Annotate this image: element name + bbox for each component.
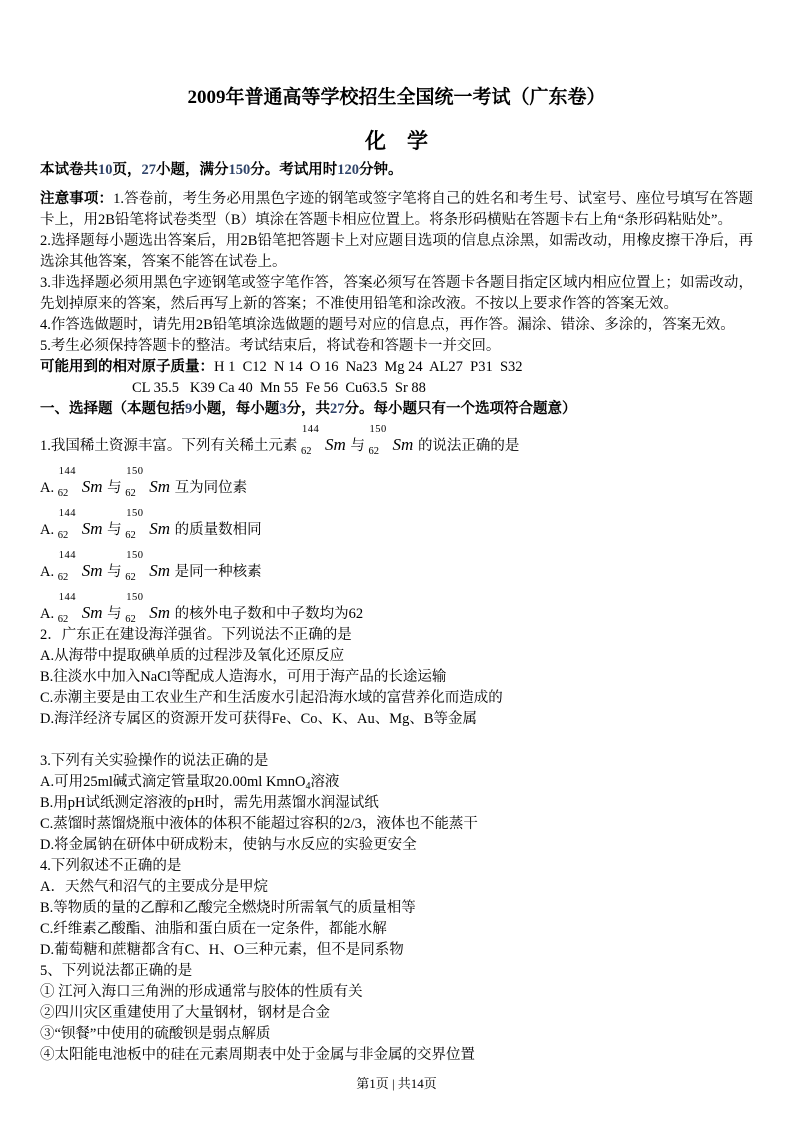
section-1-header: 一、选择题（本题包括9小题，每小题3分，共27分。每小题只有一个选项符合题意） [40, 399, 753, 420]
document-body: 本试卷共10页，27小题，满分150分。考试用时120分钟。注意事项：1.答卷前… [40, 160, 753, 1066]
text: 4.下列叙述不正确的是 [40, 858, 181, 874]
notice-3: 3.非选择题必须用黑色字迹钢笔或签字笔作答，答案必须写在答题卡各题目指定区域内相… [40, 273, 753, 315]
text: D.葡萄糖和蔗糖都含有C、H、O三种元素，但不是同系物 [40, 942, 404, 958]
mass-number: 150 [126, 509, 143, 520]
atomic-number: 62 [58, 531, 69, 542]
element-symbol: Sm [82, 519, 104, 538]
element-symbol: Sm [82, 603, 104, 622]
page-number: 第1页 | 共14页 [356, 1076, 437, 1091]
number-text: 120 [337, 162, 359, 178]
isotope-prescript-stack: 14462 [58, 564, 82, 579]
exam-page: 2009年普通高等学校招生全国统一考试（广东卷） 化 学 本试卷共10页，27小… [0, 0, 793, 1122]
text: 与 [104, 480, 126, 496]
mass-number: 144 [302, 425, 319, 436]
isotope-notation: 14462Sm [301, 438, 347, 454]
q3-stem: 3.下列有关实验操作的说法正确的是 [40, 751, 753, 772]
text: A. [40, 522, 58, 538]
q1-stem: 1.我国稀土资源丰富。下列有关稀土元素 14462Sm 与 15062Sm 的说… [40, 420, 753, 457]
atomic-number: 62 [369, 447, 380, 458]
mass-number: 150 [126, 593, 143, 604]
text: 与 [347, 438, 369, 454]
atomic-number: 62 [125, 489, 136, 500]
text: A.从海带中提取碘单质的过程涉及氧化还原反应 [40, 648, 344, 664]
text: B.往淡水中加入NaCl等配成人造海水，可用于海产品的长途运输 [40, 669, 446, 685]
q3-option-a: A.可用25ml碱式滴定管量取20.00ml KmnO4溶液 [40, 772, 753, 793]
bold-text: 分。每小题只有一个选项符合题意） [345, 401, 577, 417]
text: 与 [104, 606, 126, 622]
mass-number: 150 [126, 467, 143, 478]
atomic-number: 62 [125, 615, 136, 626]
text: 3.非选择题必须用黑色字迹钢笔或签字笔作答，答案必须写在答题卡各题目指定区域内相… [40, 275, 753, 312]
text: ④太阳能电池板中的硅在元素周期表中处于金属与非金属的交界位置 [40, 1047, 475, 1063]
isotope-notation: 15062Sm [369, 438, 415, 454]
isotope-prescript-stack: 15062 [125, 564, 149, 579]
atomic-number: 62 [125, 573, 136, 584]
element-symbol: Sm [149, 477, 171, 496]
text: 是同一种核素 [171, 564, 262, 580]
bold-text: 页， [113, 162, 142, 178]
text: 的质量数相同 [171, 522, 262, 538]
mass-number: 150 [370, 425, 387, 436]
mass-number: 144 [59, 509, 76, 520]
number-text: 3 [279, 401, 286, 417]
q4-stem: 4.下列叙述不正确的是 [40, 856, 753, 877]
q5-item-3: ③“钡餐”中使用的硫酸钡是弱点解质 [40, 1024, 753, 1045]
bold-text: 注意事项： [40, 191, 113, 207]
number-text: 150 [229, 162, 251, 178]
q4-option-c: C.纤维素乙酸酯、油脂和蛋白质在一定条件，都能水解 [40, 919, 753, 940]
isotope-notation: 14462Sm [58, 606, 104, 622]
element-symbol: Sm [149, 519, 171, 538]
text: 5、下列说法都正确的是 [40, 963, 192, 979]
isotope-prescript-stack: 14462 [58, 480, 82, 495]
text: D.海洋经济专属区的资源开发可获得Fe、Co、K、Au、Mg、B等金属 [40, 711, 477, 727]
atomic-masses-line-2: CL 35.5 K39 Ca 40 Mn 55 Fe 56 Cu63.5 Sr … [40, 378, 753, 399]
text: ③“钡餐”中使用的硫酸钡是弱点解质 [40, 1026, 270, 1042]
text: D.将金属钠在研体中研成粉末，使钠与水反应的实验更安全 [40, 837, 417, 853]
text: 与 [104, 522, 126, 538]
isotope-prescript-stack: 15062 [369, 438, 393, 453]
q3-option-d: D.将金属钠在研体中研成粉末，使钠与水反应的实验更安全 [40, 835, 753, 856]
text: 的核外电子数和中子数均为62 [171, 606, 363, 622]
number-text: 10 [98, 162, 113, 178]
bold-text: 小题，满分 [156, 162, 229, 178]
page-footer: 第1页 | 共14页 [0, 1076, 793, 1092]
q1-option-1: A. 14462Sm 与 15062Sm 互为同位素 [40, 457, 753, 499]
element-symbol: Sm [82, 561, 104, 580]
q3-option-b: B.用pH试纸测定溶液的pH时，需先用蒸馏水润湿试纸 [40, 793, 753, 814]
atomic-number: 62 [58, 489, 69, 500]
element-symbol: Sm [149, 561, 171, 580]
text: ②四川灾区重建使用了大量钢材，钢材是合金 [40, 1005, 330, 1021]
notice-4: 4.作答选做题时，请先用2B铅笔填涂选做题的题号对应的信息点，再作答。漏涂、错涂… [40, 315, 753, 336]
isotope-notation: 14462Sm [58, 480, 104, 496]
q4-option-b: B.等物质的量的乙醇和乙酸完全燃烧时所需氧气的质量相等 [40, 898, 753, 919]
q3-option-c: C.蒸馏时蒸馏烧瓶中液体的体积不能超过容积的2/3，液体也不能蒸干 [40, 814, 753, 835]
q2-option-a: A.从海带中提取碘单质的过程涉及氧化还原反应 [40, 646, 753, 667]
isotope-prescript-stack: 14462 [58, 606, 82, 621]
q5-stem: 5、下列说法都正确的是 [40, 961, 753, 982]
text: ① 江河入海口三角洲的形成通常与胶体的性质有关 [40, 984, 363, 1000]
text: A. [40, 480, 58, 496]
text: B.用pH试纸测定溶液的pH时，需先用蒸馏水润湿试纸 [40, 795, 379, 811]
q4-option-d: D.葡萄糖和蔗糖都含有C、H、O三种元素，但不是同系物 [40, 940, 753, 961]
text: A. [40, 564, 58, 580]
text: C.赤潮主要是由工农业生产和生活废水引起沿海水域的富营养化而造成的 [40, 690, 503, 706]
bold-text: 本试卷共 [40, 162, 98, 178]
q1-option-4: A. 14462Sm 与 15062Sm 的核外电子数和中子数均为62 [40, 583, 753, 625]
number-text: 27 [330, 401, 345, 417]
text: 与 [104, 564, 126, 580]
bold-text: 分钟。 [359, 162, 403, 178]
bold-text: 一、选择题（本题包括 [40, 401, 185, 417]
text: A.可用25ml碱式滴定管量取20.00ml KmnO [40, 774, 305, 790]
mass-number: 144 [59, 593, 76, 604]
mass-number: 144 [59, 551, 76, 562]
bold-text: 分。考试用时 [250, 162, 337, 178]
isotope-notation: 15062Sm [125, 564, 171, 580]
exam-meta-line: 本试卷共10页，27小题，满分150分。考试用时120分钟。 [40, 160, 753, 181]
text: A．天然气和沼气的主要成分是甲烷 [40, 879, 268, 895]
q2-option-b: B.往淡水中加入NaCl等配成人造海水，可用于海产品的长途运输 [40, 667, 753, 688]
q1-option-2: A. 14462Sm 与 15062Sm 的质量数相同 [40, 499, 753, 541]
text: A. [40, 606, 58, 622]
text: 互为同位素 [171, 480, 247, 496]
isotope-prescript-stack: 14462 [301, 438, 325, 453]
element-symbol: Sm [325, 435, 347, 454]
text: 5.考生必须保持答题卡的整洁。考试结束后，将试卷和答题卡一并交回。 [40, 338, 500, 354]
bold-text: 小题，每小题 [192, 401, 279, 417]
bold-text: 可能用到的相对原子质量： [40, 359, 214, 375]
q2-option-d: D.海洋经济专属区的资源开发可获得Fe、Co、K、Au、Mg、B等金属 [40, 709, 753, 730]
notice-5: 5.考生必须保持答题卡的整洁。考试结束后，将试卷和答题卡一并交回。 [40, 336, 753, 357]
isotope-notation: 15062Sm [125, 522, 171, 538]
atomic-masses-line-1: 可能用到的相对原子质量：H 1 C12 N 14 O 16 Na23 Mg 24… [40, 357, 753, 378]
text: 3.下列有关实验操作的说法正确的是 [40, 753, 268, 769]
bold-text: 分，共 [287, 401, 331, 417]
exam-subject: 化 学 [40, 128, 753, 154]
isotope-notation: 14462Sm [58, 522, 104, 538]
mass-number: 144 [59, 467, 76, 478]
notice-1: 注意事项：1.答卷前，考生务必用黑色字迹的钢笔或签字笔将自己的姓名和考生号、试室… [40, 189, 753, 231]
q2-stem: 2．广东正在建设海洋强省。下列说法不正确的是 [40, 625, 753, 646]
q5-item-4: ④太阳能电池板中的硅在元素周期表中处于金属与非金属的交界位置 [40, 1045, 753, 1066]
text: CL 35.5 K39 Ca 40 Mn 55 Fe 56 Cu63.5 Sr … [132, 380, 426, 396]
q5-item-1: ① 江河入海口三角洲的形成通常与胶体的性质有关 [40, 982, 753, 1003]
text: C.纤维素乙酸酯、油脂和蛋白质在一定条件，都能水解 [40, 921, 387, 937]
isotope-notation: 15062Sm [125, 606, 171, 622]
q5-item-2: ②四川灾区重建使用了大量钢材，钢材是合金 [40, 1003, 753, 1024]
isotope-notation: 14462Sm [58, 564, 104, 580]
isotope-notation: 15062Sm [125, 480, 171, 496]
text: B.等物质的量的乙醇和乙酸完全燃烧时所需氧气的质量相等 [40, 900, 416, 916]
text: 1.答卷前，考生务必用黑色字迹的钢笔或签字笔将自己的姓名和考生号、试室号、座位号… [40, 191, 753, 228]
exam-title: 2009年普通高等学校招生全国统一考试（广东卷） [40, 86, 753, 110]
isotope-prescript-stack: 15062 [125, 522, 149, 537]
q1-option-3: A. 14462Sm 与 15062Sm 是同一种核素 [40, 541, 753, 583]
text: 2．广东正在建设海洋强省。下列说法不正确的是 [40, 627, 352, 643]
notice-2: 2.选择题每小题选出答案后，用2B铅笔把答题卡上对应题目选项的信息点涂黑，如需改… [40, 231, 753, 273]
element-symbol: Sm [393, 435, 415, 454]
text: C.蒸馏时蒸馏烧瓶中液体的体积不能超过容积的2/3，液体也不能蒸干 [40, 816, 478, 832]
text: 2.选择题每小题选出答案后，用2B铅笔把答题卡上对应题目选项的信息点涂黑，如需改… [40, 233, 753, 270]
element-symbol: Sm [149, 603, 171, 622]
text: 1.我国稀土资源丰富。下列有关稀土元素 [40, 438, 301, 454]
isotope-prescript-stack: 15062 [125, 480, 149, 495]
text: 的说法正确的是 [414, 438, 519, 454]
mass-number: 150 [126, 551, 143, 562]
element-symbol: Sm [82, 477, 104, 496]
isotope-prescript-stack: 15062 [125, 606, 149, 621]
atomic-number: 62 [301, 447, 312, 458]
q4-option-a: A．天然气和沼气的主要成分是甲烷 [40, 877, 753, 898]
text: H 1 C12 N 14 O 16 Na23 Mg 24 AL27 P31 S3… [214, 359, 523, 375]
atomic-number: 62 [58, 573, 69, 584]
atomic-number: 62 [58, 615, 69, 626]
atomic-number: 62 [125, 531, 136, 542]
isotope-prescript-stack: 14462 [58, 522, 82, 537]
text: 溶液 [310, 774, 339, 790]
number-text: 27 [142, 162, 157, 178]
text: 4.作答选做题时，请先用2B铅笔填涂选做题的题号对应的信息点，再作答。漏涂、错涂… [40, 317, 735, 333]
q2-option-c: C.赤潮主要是由工农业生产和生活废水引起沿海水域的富营养化而造成的 [40, 688, 753, 709]
